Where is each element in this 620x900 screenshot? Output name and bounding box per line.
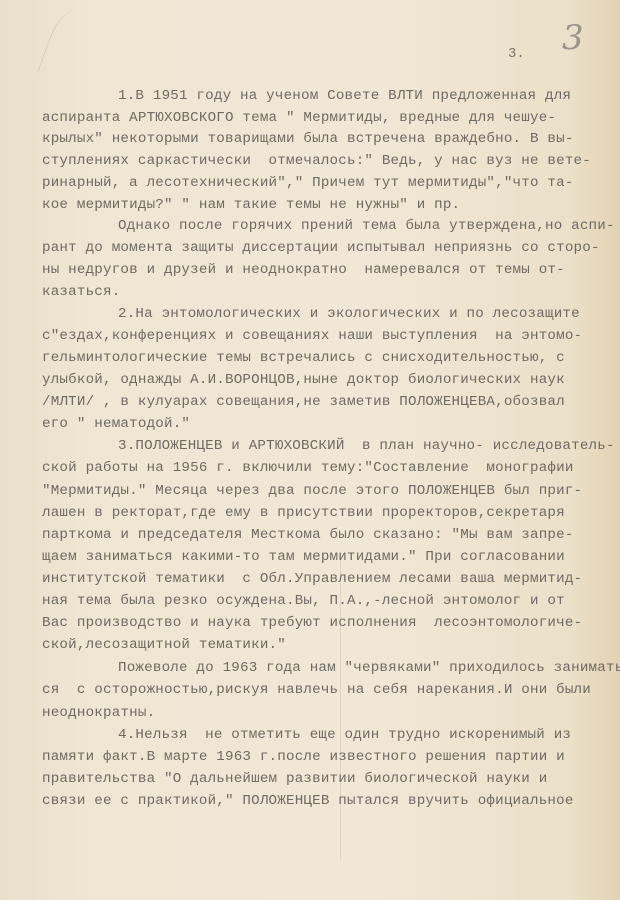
text-line: ринарный, а лесотехнический"," Причем ту… xyxy=(42,175,574,191)
text-line: ской работы на 1956 г. включили тему:"Со… xyxy=(42,460,574,476)
text-line: гельминтологические темы встречались с с… xyxy=(42,350,565,366)
text-line: улыбкой, однажды А.И.ВОРОНЦОВ,ныне докто… xyxy=(42,372,565,388)
text-line: Пожеволе до 1963 года нам "червяками" пр… xyxy=(118,660,620,676)
text-line: кое мермитиды?" " нам такие темы не нужн… xyxy=(42,197,460,213)
text-line: неоднократны. xyxy=(42,705,155,721)
text-line: аспиранта АРТЮХОВСКОГО тема " Мермитиды,… xyxy=(42,110,556,126)
text-line: лашен в ректорат,где ему в присутствии п… xyxy=(42,505,565,521)
text-line: крылых" некоторыми товарищами была встре… xyxy=(42,131,574,147)
text-line: парткома и председателя Месткома было ск… xyxy=(42,527,574,543)
text-line: с"ездах,конференциях и совещаниях наши в… xyxy=(42,328,582,344)
text-line: ся с осторожностью,рискуя навлечь на себ… xyxy=(42,682,591,698)
text-line: /МЛТИ/ , в кулуарах совещания,не заметив… xyxy=(42,394,565,410)
text-line: "Мермитиды." Месяца через два после этог… xyxy=(42,483,582,499)
text-line: рант до момента защиты диссертации испыт… xyxy=(42,240,600,256)
text-line: институтской тематики с Обл.Управлением … xyxy=(42,571,582,587)
text-line: 2.На энтомологических и экологических и … xyxy=(118,306,580,322)
text-line: ступлениях саркастически отмечалось:" Ве… xyxy=(42,153,591,169)
text-line: ная тема была резко осуждена.Вы, П.А.,-л… xyxy=(42,593,565,609)
text-line: казаться. xyxy=(42,284,120,300)
text-line: 1.В 1951 году на ученом Совете ВЛТИ пред… xyxy=(118,88,571,104)
text-line: правительства "О дальнейшем развитии био… xyxy=(42,771,547,787)
text-line: ской,лесозащитной тематики." xyxy=(42,637,286,653)
text-line: ны недругов и друзей и неоднократно наме… xyxy=(42,262,565,278)
pencil-mark xyxy=(37,7,90,83)
page-number-handwritten: 3 xyxy=(562,18,584,58)
text-line: Вас производство и наука требуют исполне… xyxy=(42,615,582,631)
text-line: связи ее с практикой," ПОЛОЖЕНЦЕВ пыталс… xyxy=(42,793,574,809)
text-line: Однако после горячих прений тема была ут… xyxy=(118,218,615,234)
text-line: памяти факт.В марте 1963 г.после известн… xyxy=(42,749,565,765)
text-line: 4.Нельзя не отметить еще один трудно иск… xyxy=(118,727,571,743)
text-line: щаем заниматься какими-то там мермитидам… xyxy=(42,549,565,565)
document-page: 3. 3 1.В 1951 году на ученом Совете ВЛТИ… xyxy=(0,0,620,900)
text-line: 3.ПОЛОЖЕНЦЕВ и АРТЮХОВСКИЙ в план научно… xyxy=(118,438,615,454)
text-line: его " нематодой." xyxy=(42,416,190,432)
page-number-typed: 3. xyxy=(508,46,525,62)
